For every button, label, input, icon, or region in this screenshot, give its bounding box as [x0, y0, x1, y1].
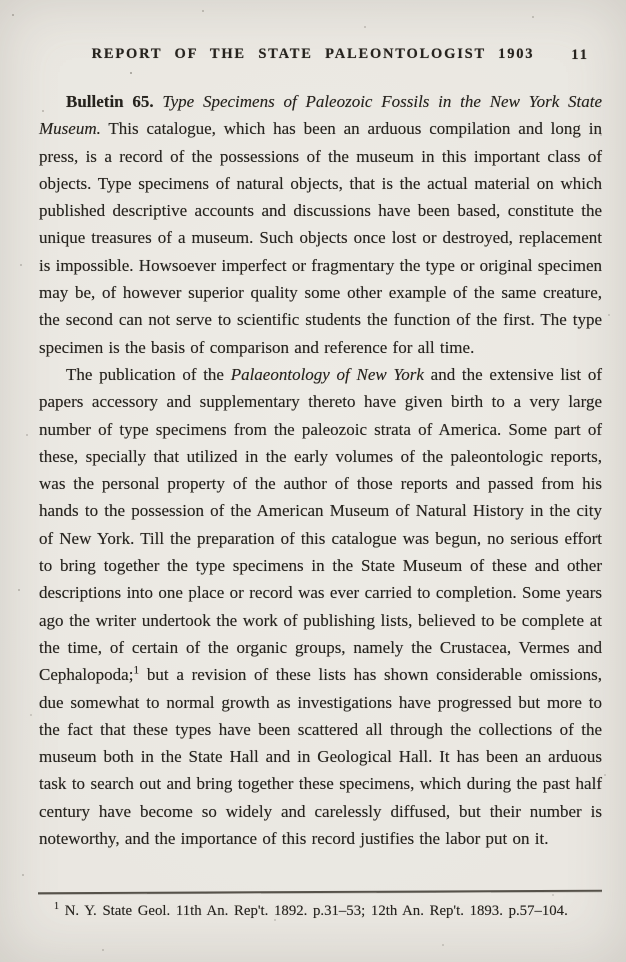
footnote-area: 1 N. Y. State Geol. 11th An. Rep't. 1892…	[38, 891, 602, 923]
footnote-text: N. Y. State Geol. 11th An. Rep't. 1892. …	[59, 903, 568, 919]
footnote: 1 N. Y. State Geol. 11th An. Rep't. 1892…	[38, 900, 602, 923]
page-number: 11	[571, 47, 589, 64]
text-segment-normal: This catalogue, which has been an arduou…	[39, 119, 602, 356]
text-segment-normal: but a revision of these lists has shown …	[39, 665, 602, 848]
paragraph: The publication of the Palaeontology of …	[39, 361, 602, 852]
text-segment-normal: and the extensive list of papers accesso…	[39, 365, 602, 684]
scanned-page: REPORT OF THE STATE PALEONTOLOGIST 1903 …	[0, 0, 626, 962]
text-segment-normal: The publication of the	[66, 365, 231, 384]
page-header: REPORT OF THE STATE PALEONTOLOGIST 1903 …	[0, 46, 626, 66]
text-segment-bold: Bulletin 65.	[66, 92, 154, 111]
text-segment-italic: Palaeontology of New York	[231, 365, 424, 384]
footnote-rule	[38, 890, 602, 894]
running-title: REPORT OF THE STATE PALEONTOLOGIST 1903	[0, 46, 626, 63]
scan-noise	[12, 14, 14, 16]
paragraph: Bulletin 65. Type Specimens of Paleozoic…	[39, 88, 602, 361]
body-text: Bulletin 65. Type Specimens of Paleozoic…	[39, 88, 602, 852]
